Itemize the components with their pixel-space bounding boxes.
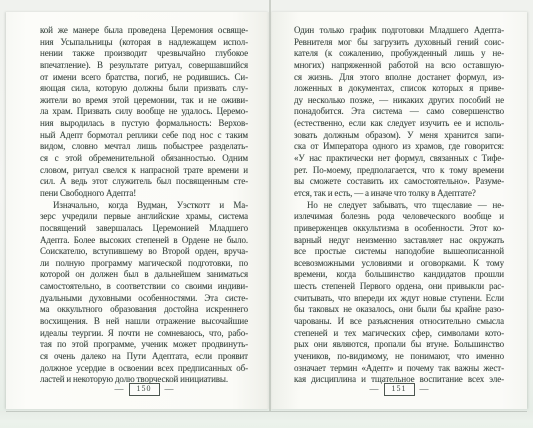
text-line: ли полную программу магической подготовк… xyxy=(40,258,248,270)
left-page-number: 150 xyxy=(129,383,160,396)
text-line: сил. А ведь этот служитель был посвященн… xyxy=(40,176,248,188)
text-line: нении также производит чрезвычайно глубо… xyxy=(40,48,248,60)
text-line: посвящений завершалась Церемонией Младше… xyxy=(40,223,248,235)
text-line: чарованы. И все разъяснения относительно… xyxy=(294,316,504,328)
text-line: кой же манере была проведена Церемония о… xyxy=(40,25,248,37)
footer-dash: — xyxy=(165,385,174,394)
left-page-footer: — 150 — xyxy=(40,383,248,396)
text-line: Один только график подготовки Младшего А… xyxy=(294,25,504,37)
text-line: ется, так и есть, — а иначе что толку в … xyxy=(294,188,504,200)
text-line: рых они являются, пропали бы втуне. Боль… xyxy=(294,339,504,351)
text-line: ложенных в документах, список которых я … xyxy=(294,83,504,95)
text-line: степеней и тех магических сфер, символам… xyxy=(294,328,504,340)
book-photo: кой же манере была проведена Церемония о… xyxy=(0,0,533,428)
text-line: все простые системы наподобие вышеописан… xyxy=(294,246,504,258)
text-line: видом, словно мечтал лишь побыстрее разд… xyxy=(40,141,248,153)
text-line: ду несколько позже, — никаких других пос… xyxy=(294,95,504,107)
text-line: рет. По-моему, предполагается, что к том… xyxy=(294,165,504,177)
text-line: ся жизнь. Для этого вполне достанет форм… xyxy=(294,72,504,84)
text-line: зовать должным образом). У меня хранится… xyxy=(294,130,504,142)
text-line: Соискателю, вступившему во Второй орден,… xyxy=(40,246,248,258)
text-line: многих) напряженной работой на всю остав… xyxy=(294,60,504,72)
text-line: вы сможете составить их самостоятельно».… xyxy=(294,176,504,188)
text-line: ся с этой обременительной обязанностью. … xyxy=(40,153,248,165)
book-gutter xyxy=(269,0,271,428)
text-line: самостоятельно, в соответствии со своими… xyxy=(40,281,248,293)
text-line: приверженцев оккультизма в особенности. … xyxy=(294,223,504,235)
text-line: понадобится. Эта система — само совершен… xyxy=(294,106,504,118)
text-line: ния выродилась в пустую формальность: Ве… xyxy=(40,118,248,130)
text-line: ска от Императора одного из храмов, где … xyxy=(294,141,504,153)
text-line: Но не следует забывать, что тщеславие — … xyxy=(294,200,504,212)
text-line: тая по этой программе, ученик может прод… xyxy=(40,339,248,351)
text-line: дуальными духовными особенностями. Эта с… xyxy=(40,293,248,305)
right-page-text: Один только график подготовки Младшего А… xyxy=(294,25,504,386)
text-line: яющая сила, которую должны были призвать… xyxy=(40,83,248,95)
text-line: идеалы теургии. Я почти не сомневаюсь, ч… xyxy=(40,328,248,340)
page-edges xyxy=(0,411,533,428)
text-line: означает термин «Адепт» и почему так важ… xyxy=(294,363,504,375)
text-line: должное усердие в освоении всех предписа… xyxy=(40,363,248,375)
text-line: которой он должен был в дальнейшем заним… xyxy=(40,269,248,281)
text-line: пени Свободного Адепта! xyxy=(40,188,248,200)
text-line: ный Адепт бормотал реплики себе под нос … xyxy=(40,130,248,142)
left-page: кой же манере была проведена Церемония о… xyxy=(6,12,269,409)
footer-dash: — xyxy=(370,385,379,394)
text-line: «У нас практически нет формул, связанных… xyxy=(294,153,504,165)
text-line: излечимая болезнь рода человеческого воо… xyxy=(294,211,504,223)
text-line: ла храм. Призвать силу вообще не удалось… xyxy=(40,106,248,118)
right-page: Один только график подготовки Младшего А… xyxy=(270,12,527,409)
text-line: времени, когда большинство кандидатов пр… xyxy=(294,269,504,281)
text-line: (естественно, если как следует изучить е… xyxy=(294,118,504,130)
text-line: всевозможными условиями и оговорками. К … xyxy=(294,258,504,270)
text-line: ся очень далеко на Пути Адептата, если п… xyxy=(40,351,248,363)
text-line: впечатление). В результате ритуал, совер… xyxy=(40,60,248,72)
text-line: считывать, что впереди их ждут новые сту… xyxy=(294,293,504,305)
text-line: ма оккультного образования достойна искр… xyxy=(40,304,248,316)
text-line: варный недуг неизменно заставляет нас ок… xyxy=(294,235,504,247)
footer-dash: — xyxy=(115,385,124,394)
text-line: восхищения. В ней нашли отражение высоча… xyxy=(40,316,248,328)
left-page-text: кой же манере была проведена Церемония о… xyxy=(40,25,248,386)
text-line: бы таковых не оказалось, они были бы кра… xyxy=(294,304,504,316)
text-line: словом, ритуал свелся к напрасной трате … xyxy=(40,165,248,177)
text-line: кателя (к сожалению, пробужденный лишь у… xyxy=(294,48,504,60)
text-line: Адепта. Более высоких степеней в Ордене … xyxy=(40,235,248,247)
text-line: Ревнителя мог бы загрузить духовный гени… xyxy=(294,37,504,49)
text-line: ния Усыпальницы (которая в надлежащем ис… xyxy=(40,37,248,49)
text-line: зерс учредили первые английские храмы, с… xyxy=(40,211,248,223)
text-line: шесть степеней Первого ордена, они привы… xyxy=(294,281,504,293)
text-line: жители во время этой церемонии, так и не… xyxy=(40,95,248,107)
text-line: учеников, по-видимому, не понимают, что … xyxy=(294,351,504,363)
right-page-footer: — 151 — xyxy=(294,383,504,396)
footer-dash: — xyxy=(420,385,429,394)
text-line: Изначально, когда Вудман, Уэсткотт и Ма- xyxy=(40,200,248,212)
text-line: от имени всего братства, погиб, не родив… xyxy=(40,72,248,84)
right-page-number: 151 xyxy=(384,383,415,396)
